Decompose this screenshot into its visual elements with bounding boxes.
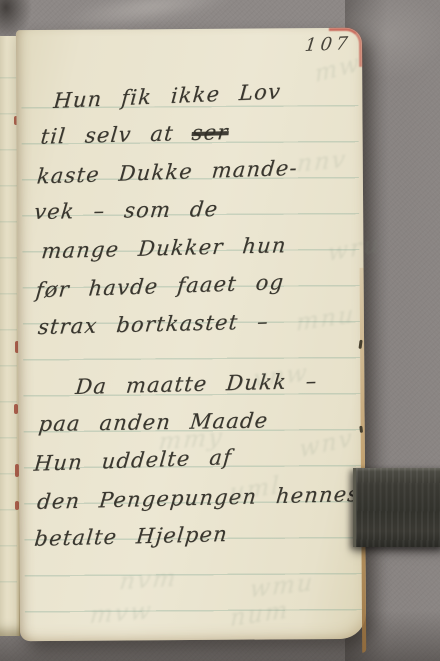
handwriting-line: strax bortkastet – [37, 308, 271, 341]
photo-scene: 107 Hun fik ikke Lovtil selv atserkaste … [0, 0, 440, 661]
handwriting-line: til selv atser [39, 119, 230, 151]
page-block-ruled-lines [0, 77, 17, 597]
handwriting-line: vek – som de [33, 196, 220, 226]
show-through-mark: nnv [296, 145, 349, 178]
notebook-page: 107 Hun fik ikke Lovtil selv atserkaste … [16, 28, 366, 641]
show-through-mark: mmy [157, 422, 225, 455]
show-through-mark: nvm [118, 563, 179, 595]
handwriting-line: paa anden Maade [37, 407, 270, 438]
handwriting-line: betalte Hjelpen [33, 521, 229, 553]
page-holder-bar [353, 468, 440, 547]
show-through-mark: mvw [89, 596, 154, 629]
edge-speck [359, 426, 363, 433]
red-gutter-tick [14, 404, 18, 414]
